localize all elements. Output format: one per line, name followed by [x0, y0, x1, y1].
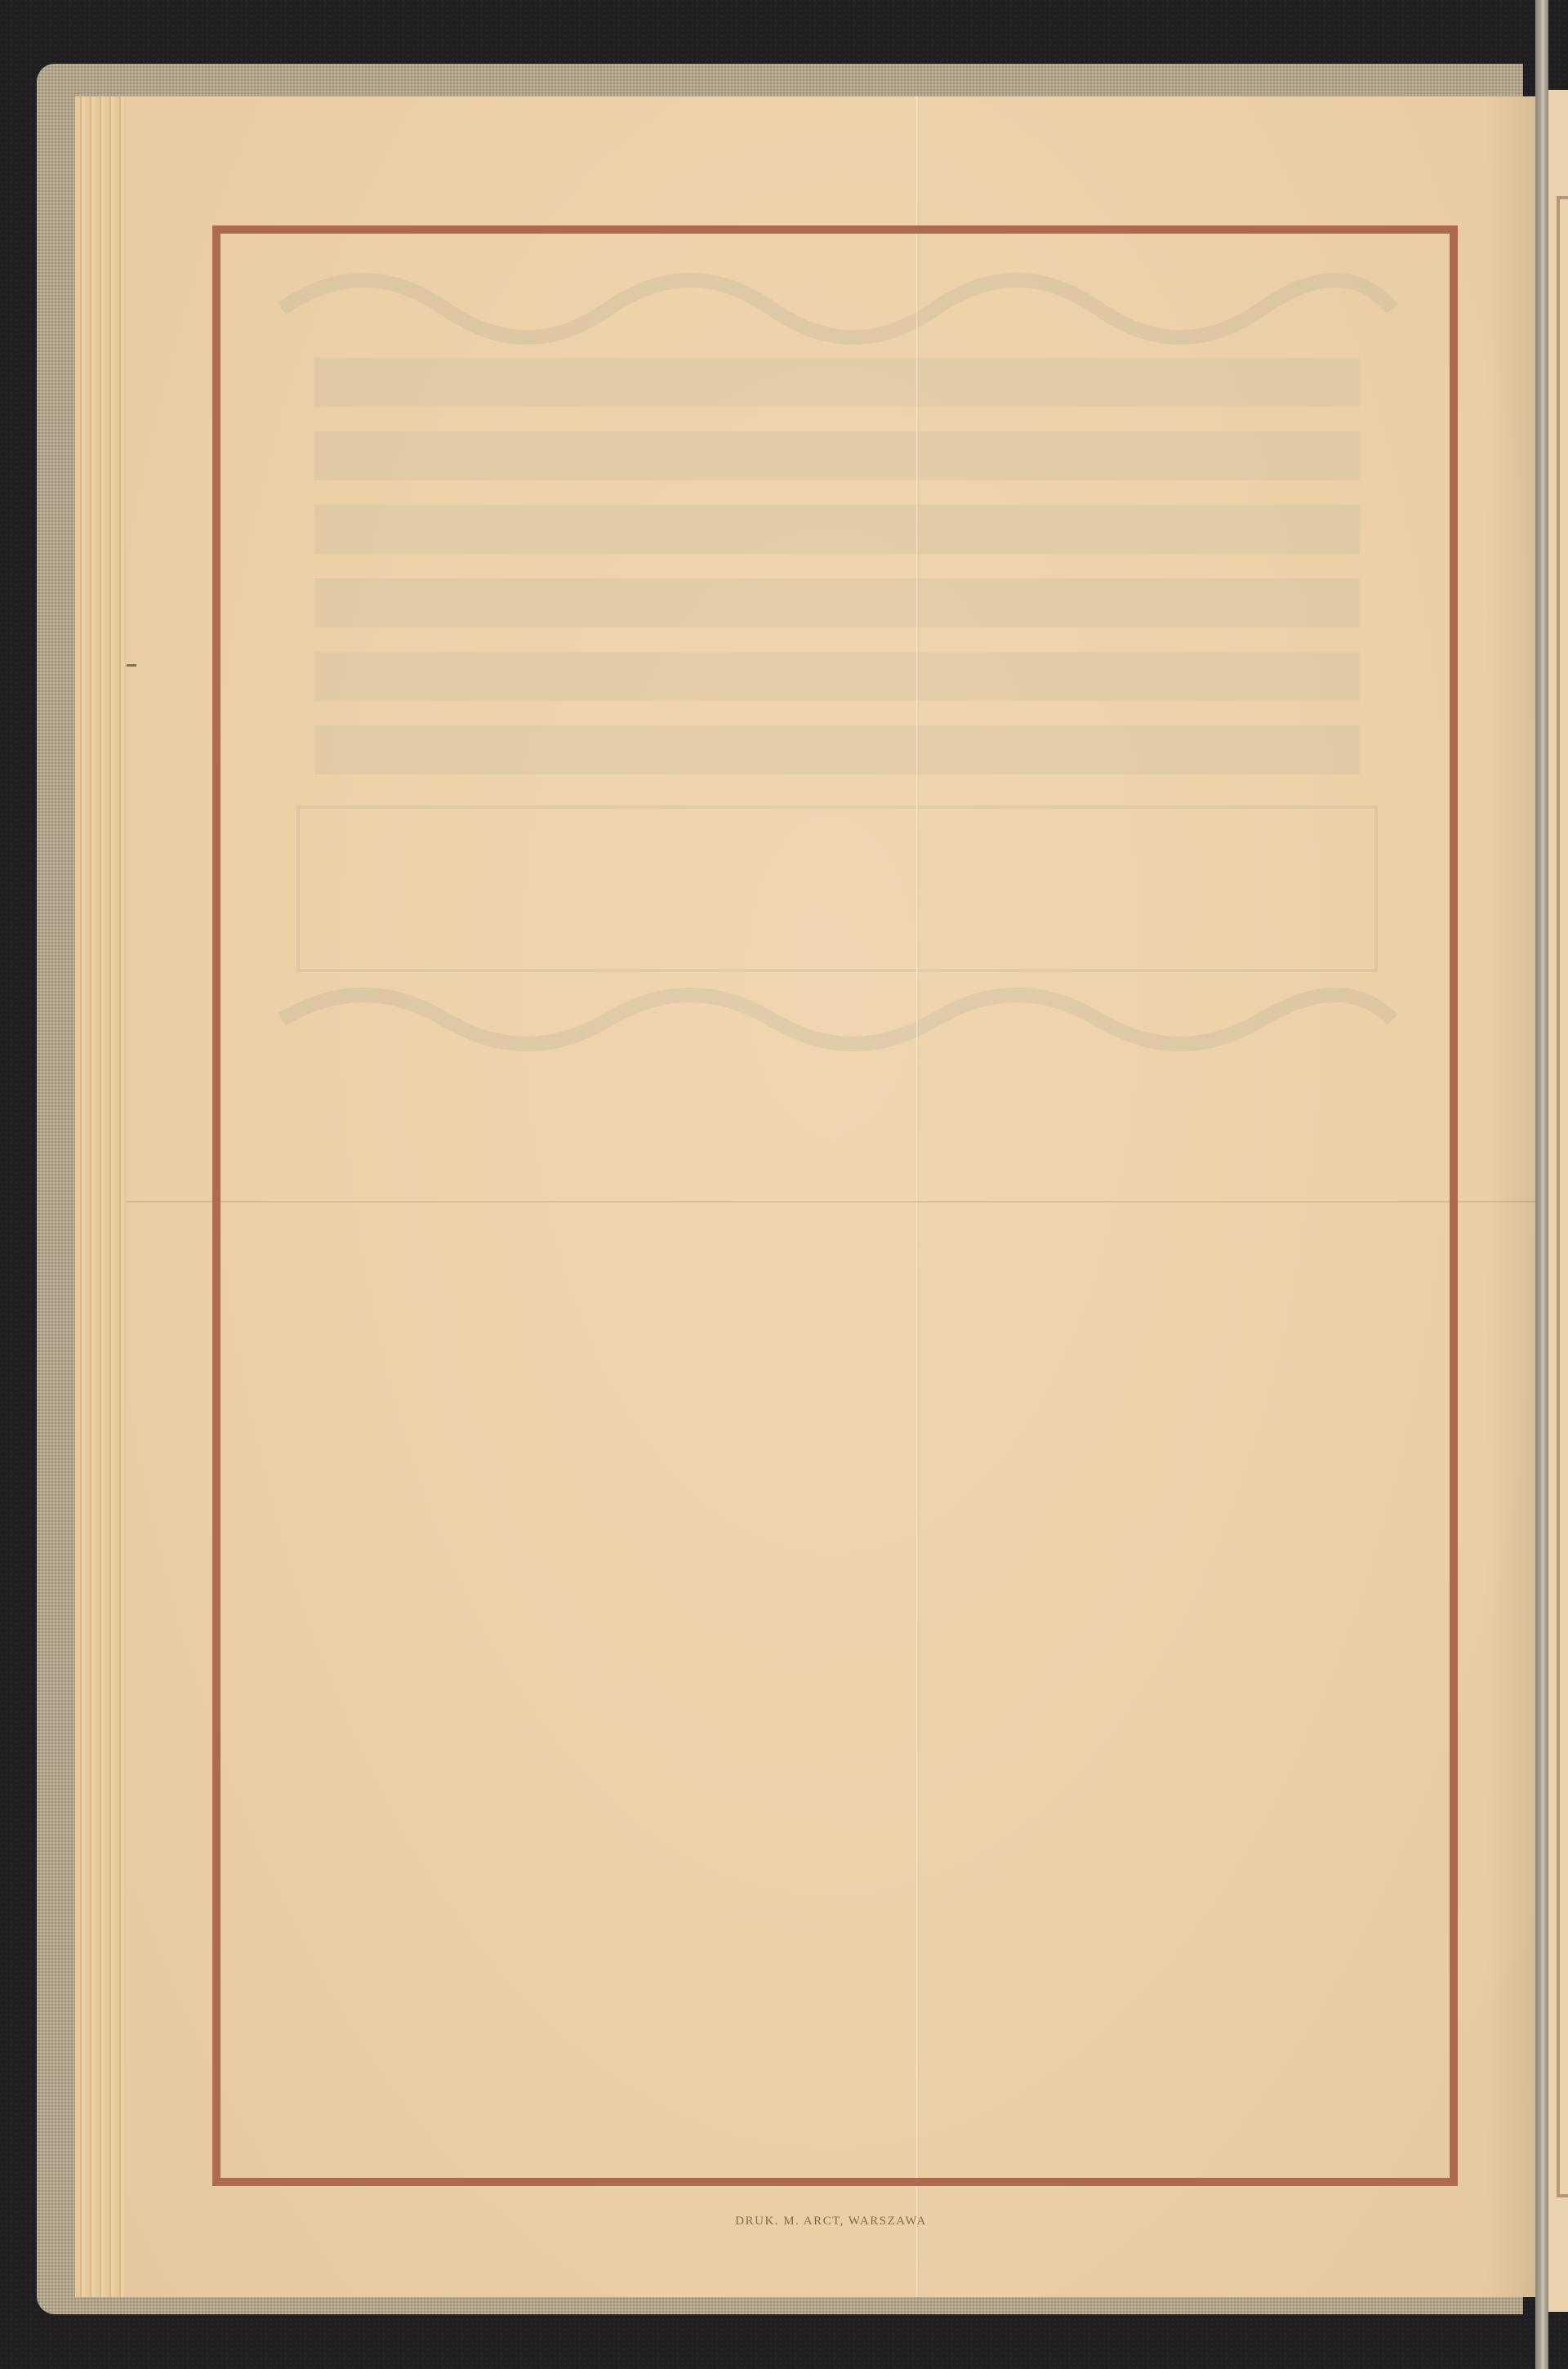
page-edges [75, 96, 132, 2297]
printer-imprint: DRUK. M. ARCT, WARSZAWA [127, 2215, 1535, 2228]
adjacent-page-frame [1557, 196, 1568, 2197]
page-border-frame [212, 225, 1458, 2186]
pencil-mark [127, 664, 136, 667]
book-page: DRUK. M. ARCT, WARSZAWA [127, 96, 1535, 2297]
book-gutter [1535, 0, 1548, 2369]
